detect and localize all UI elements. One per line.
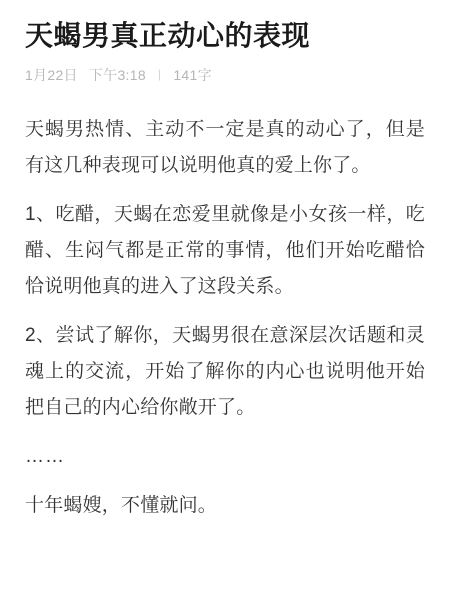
meta-separator: |: [158, 67, 161, 81]
note-paragraph-ellipsis: ……: [25, 439, 425, 475]
note-time: 下午3:18: [89, 65, 146, 85]
note-word-count: 141字: [173, 65, 212, 85]
note-paragraph: 天蝎男热情、主动不一定是真的动心了，但是有这几种表现可以说明他真的爱上你了。: [25, 112, 425, 184]
note-paragraph: 2、尝试了解你，天蝎男很在意深层次话题和灵魂上的交流，开始了解你的内心也说明他开…: [25, 318, 425, 426]
note-date: 1月22日: [25, 65, 78, 85]
note-paragraph-signoff: 十年蝎嫂，不懂就问。: [25, 488, 425, 524]
note-title: 天蝎男真正动心的表现: [25, 18, 425, 54]
note-page: 天蝎男真正动心的表现 1月22日 下午3:18 | 141字 天蝎男热情、主动不…: [0, 0, 450, 524]
note-content: 天蝎男热情、主动不一定是真的动心了，但是有这几种表现可以说明他真的爱上你了。 1…: [25, 112, 425, 524]
note-meta: 1月22日 下午3:18 | 141字: [25, 65, 425, 85]
note-paragraph: 1、吃醋，天蝎在恋爱里就像是小女孩一样，吃醋、生闷气都是正常的事情，他们开始吃醋…: [25, 197, 425, 305]
